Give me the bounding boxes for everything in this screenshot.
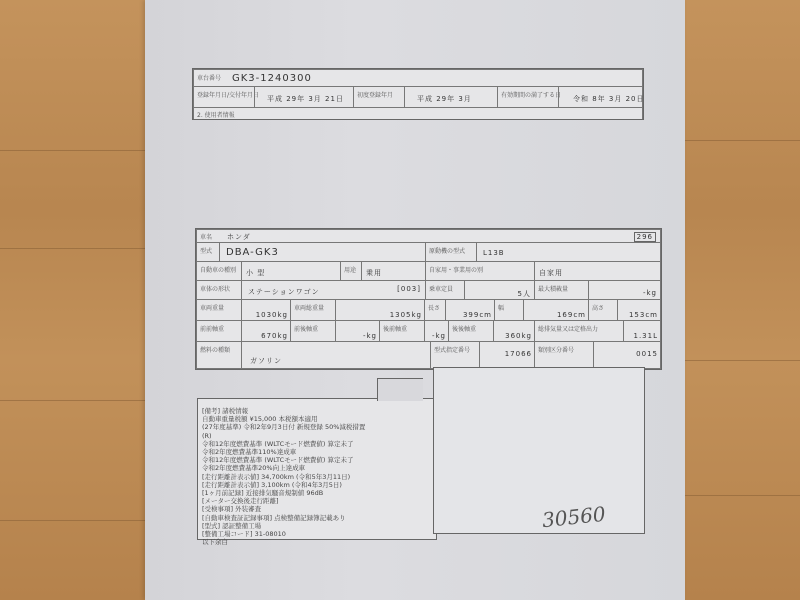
width: 169cm — [557, 311, 586, 319]
body-shape: ステーションワゴン — [248, 287, 320, 297]
height: 153cm — [629, 311, 658, 319]
capacity: 5人 — [518, 289, 531, 299]
category-number: 0015 — [636, 350, 658, 358]
wood-grain — [685, 140, 800, 141]
fuel-type: ガソリン — [250, 356, 282, 366]
wood-grain — [0, 248, 145, 249]
blank-panel: 30560 — [433, 367, 645, 534]
vehicle-use: 乗用 — [366, 268, 382, 278]
vehicle-section: 車名 ホンダ 296 型式 DBA-GK3 原動機の型式 L13B 自動車の種別… — [195, 228, 662, 370]
notes-section: [備考] 諸税情報 自動車重量税額 ¥15,000 本税額本適用 (27年度基準… — [197, 398, 437, 540]
expiry-date: 令和 8年 3月 20日 — [573, 94, 645, 104]
wood-grain — [0, 400, 145, 401]
type-number: 17066 — [505, 350, 532, 358]
registration-date: 平成 29年 3月 21日 — [267, 94, 344, 104]
wood-grain — [0, 150, 145, 151]
first-year: 平成 29年 3月 — [417, 94, 472, 104]
vehicle-weight: 1030kg — [256, 311, 288, 319]
header-section: 車台番号 GK3-1240300 登録年月日/交付年月日 平成 29年 3月 2… — [192, 68, 644, 120]
gross-weight: 1305kg — [390, 311, 422, 319]
engine: L13B — [483, 249, 505, 257]
vehicle-class: 小 型 — [246, 268, 265, 278]
displacement: 1.31L — [634, 332, 659, 340]
wood-grain — [685, 495, 800, 496]
certificate-paper: 車台番号 GK3-1240300 登録年月日/交付年月日 平成 29年 3月 2… — [145, 0, 685, 600]
model: DBA-GK3 — [226, 247, 279, 258]
handwritten-number: 30560 — [541, 502, 607, 533]
maker: ホンダ — [227, 232, 251, 242]
form-code: 296 — [634, 232, 656, 242]
notes-text: [備考] 諸税情報 自動車重量税額 ¥15,000 本税額本適用 (27年度基準… — [202, 407, 365, 546]
chassis-number: GK3-1240300 — [232, 73, 312, 84]
private-use: 自家用 — [539, 268, 563, 278]
chassis-row: 車台番号 GK3-1240300 — [193, 69, 643, 87]
wood-grain — [685, 360, 800, 361]
wood-grain — [0, 520, 145, 521]
length: 399cm — [463, 311, 492, 319]
